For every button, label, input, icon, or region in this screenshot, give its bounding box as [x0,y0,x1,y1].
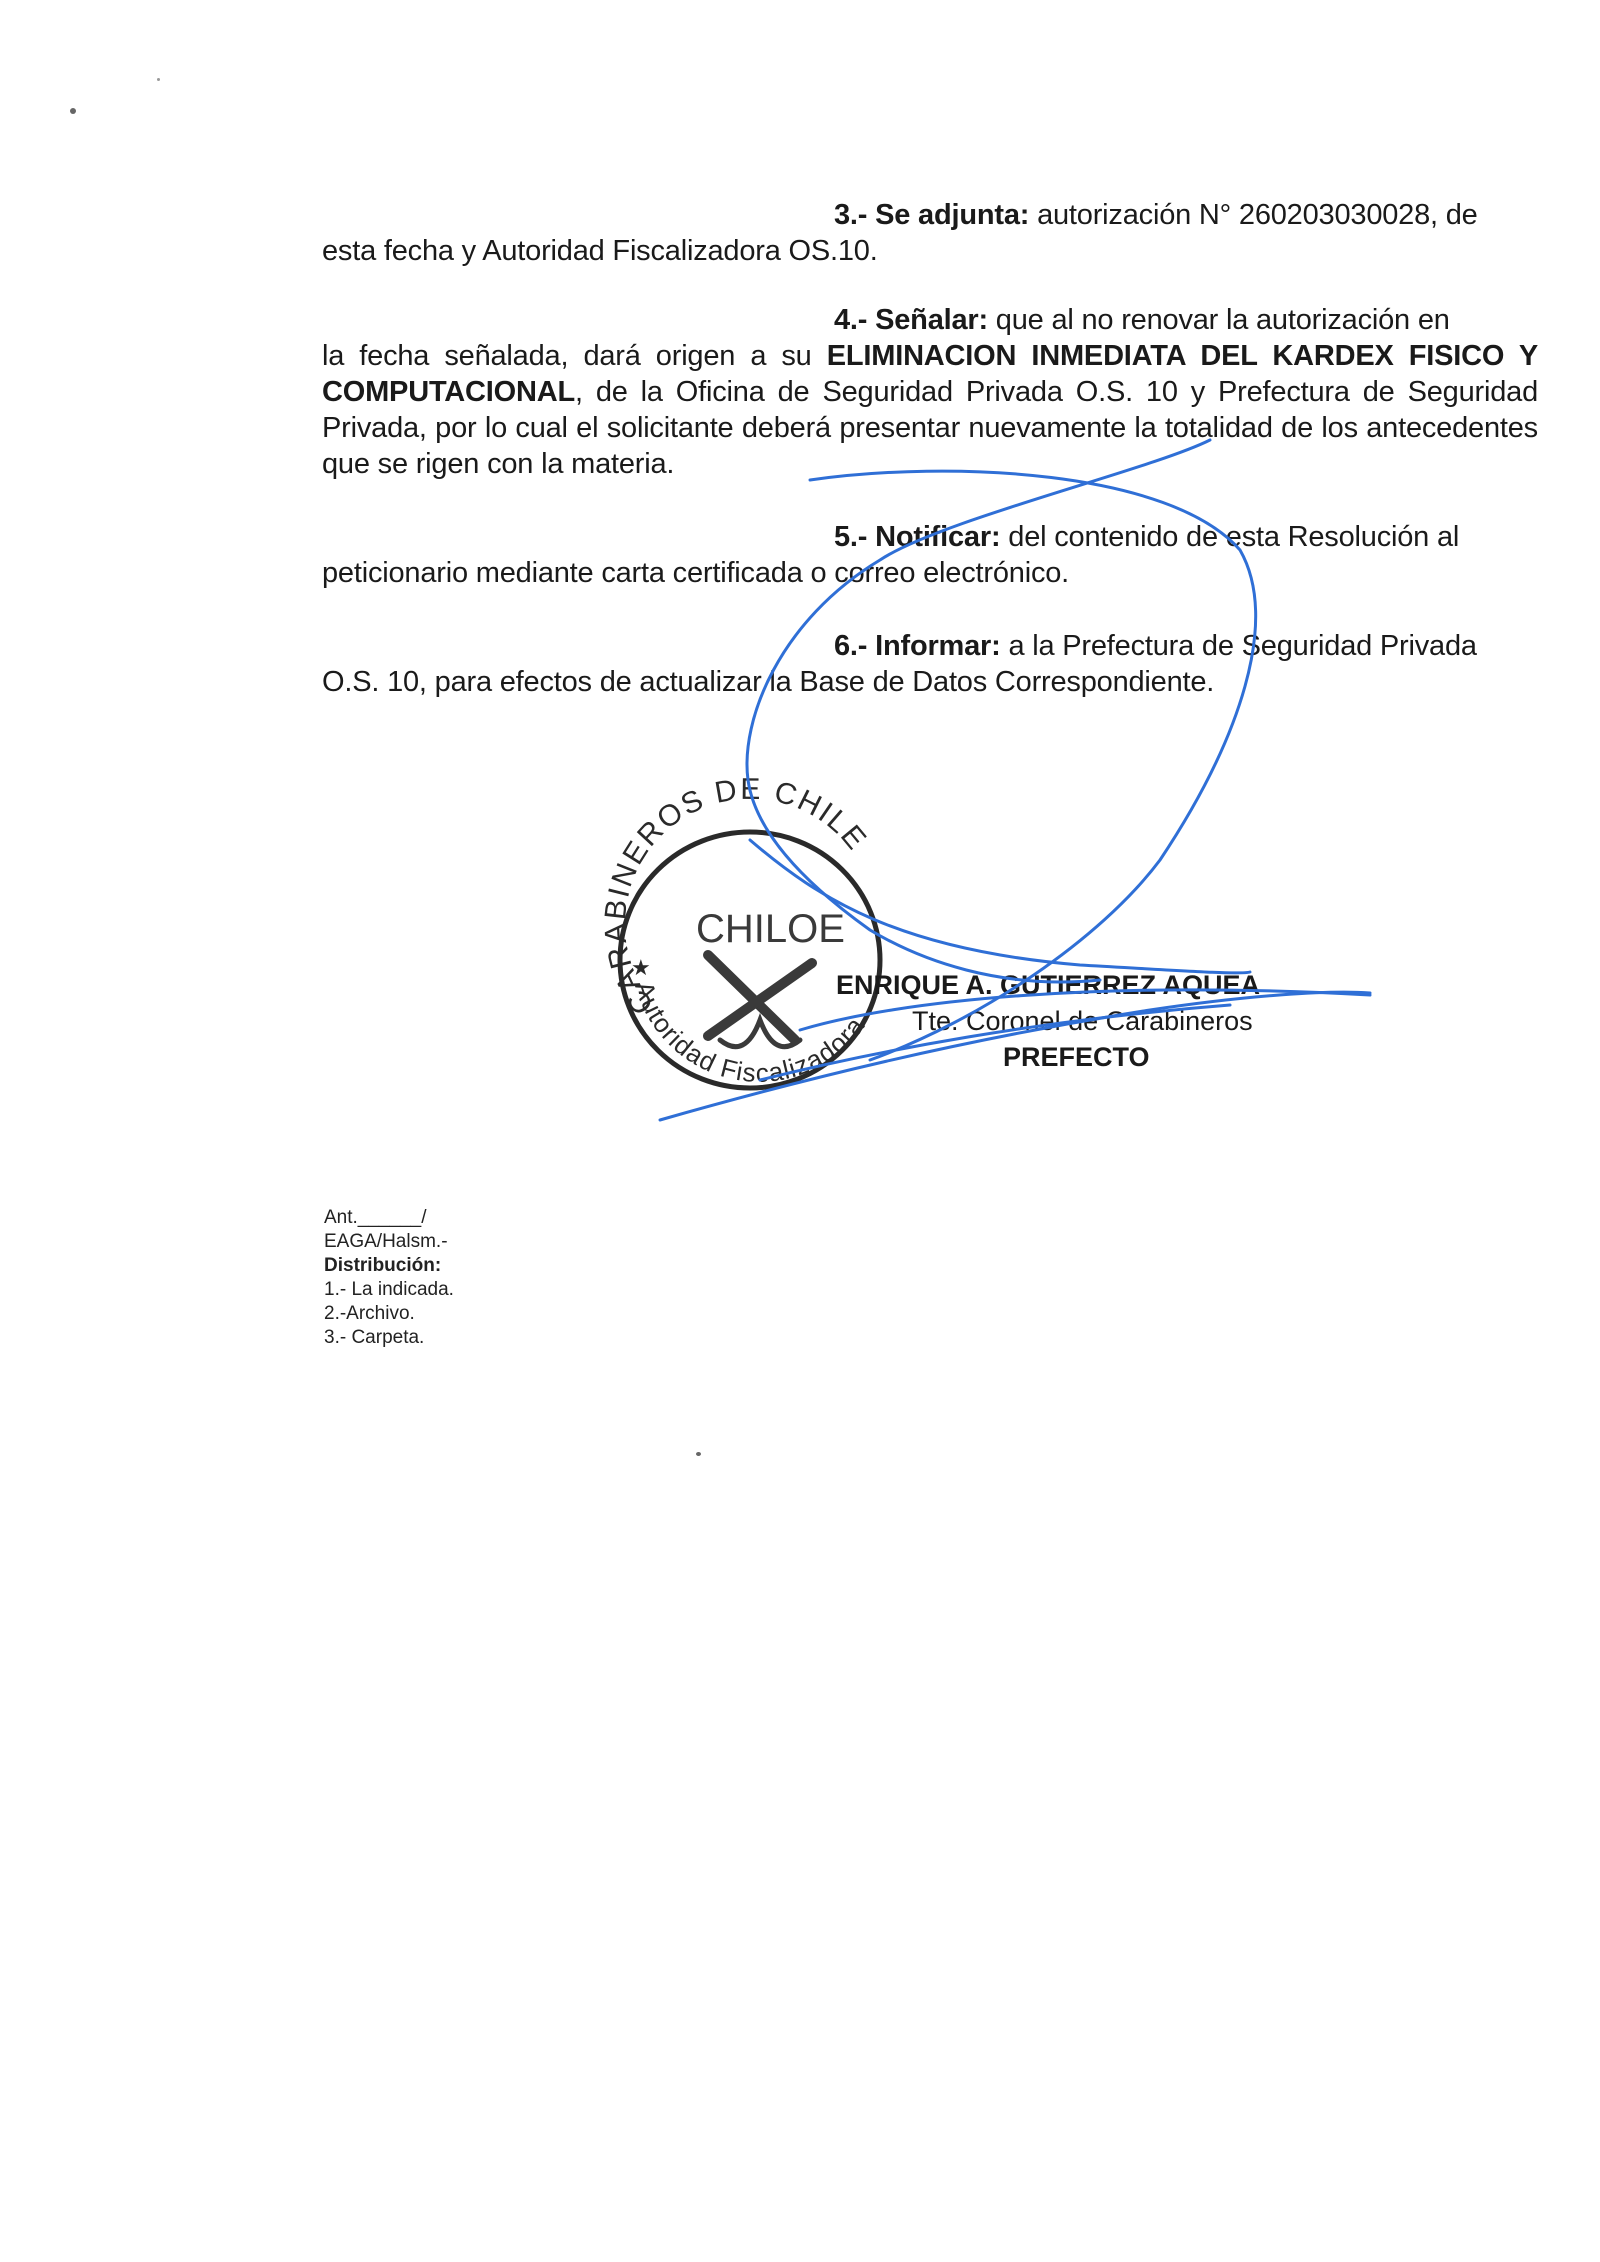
stamp-center-text: CHILOE [696,907,845,951]
paragraph-heading: Señalar: [875,304,988,336]
distribution-item: 3.- Carpeta. [324,1326,454,1350]
paragraph-3: 3.- Se adjunta: autorización N° 26020303… [322,197,1538,269]
paragraph-number: 5.- [834,521,867,553]
stamp-outer-bottom: Autoridad Fiscalizadora [629,978,871,1088]
scan-speck [70,108,76,114]
paragraph-4: 4.- Señalar: que al no renovar la autori… [322,302,1538,482]
footer-ant: Ant.______/ [324,1206,426,1230]
paragraph-heading: Notificar: [875,521,1000,553]
paragraph-first-line: del contenido de esta Resolución al [1000,521,1459,553]
paragraph-number: 3.- [834,199,867,231]
paragraph-first-line: que al no renovar la autorización en [988,304,1450,336]
scan-speck [696,1452,701,1456]
signatory-title: PREFECTO [1003,1040,1150,1074]
stamp-outer-top: CARABINEROS DE CHILE [599,773,874,1020]
distribution-label: Distribución: [324,1254,441,1278]
scan-speck [157,78,160,81]
paragraph-first-line: a la Prefectura de Seguridad Privada [1001,630,1477,662]
paragraph-body: esta fecha y Autoridad Fiscalizadora OS.… [322,235,878,267]
footer-reference: EAGA/Halsm.- [324,1230,448,1254]
svg-text:CARABINEROS DE CHILE: CARABINEROS DE CHILE [599,773,874,1020]
document-page: 3.- Se adjunta: autorización N° 26020303… [0,0,1600,2262]
signatory-rank: Tte. Coronel de Carabineros [912,1004,1253,1038]
distribution-list: 1.- La indicada. 2.-Archivo. 3.- Carpeta… [324,1278,454,1350]
paragraph-heading: Se adjunta: [875,199,1029,231]
crossed-rifles-icon [708,955,812,1047]
paragraph-body: la fecha señalada, dará origen a su [322,340,827,372]
distribution-item: 2.-Archivo. [324,1302,454,1326]
svg-text:Autoridad Fiscalizadora: Autoridad Fiscalizadora [629,978,871,1088]
signatory-name: ENRIQUE A. GUTIERREZ AQUEA [836,968,1260,1002]
paragraph-body: O.S. 10, para efectos de actualizar la B… [322,666,1214,698]
paragraph-first-line: autorización N° 260203030028, de [1029,199,1477,231]
paragraph-number: 6.- [834,630,867,662]
paragraph-5: 5.- Notificar: del contenido de esta Res… [322,519,1538,591]
paragraph-heading: Informar: [875,630,1001,662]
distribution-item: 1.- La indicada. [324,1278,454,1302]
paragraph-number: 4.- [834,304,867,336]
paragraph-6: 6.- Informar: a la Prefectura de Segurid… [322,628,1538,700]
paragraph-body: peticionario mediante carta certificada … [322,557,1069,589]
stamp-star-icon: ★ [631,956,651,981]
